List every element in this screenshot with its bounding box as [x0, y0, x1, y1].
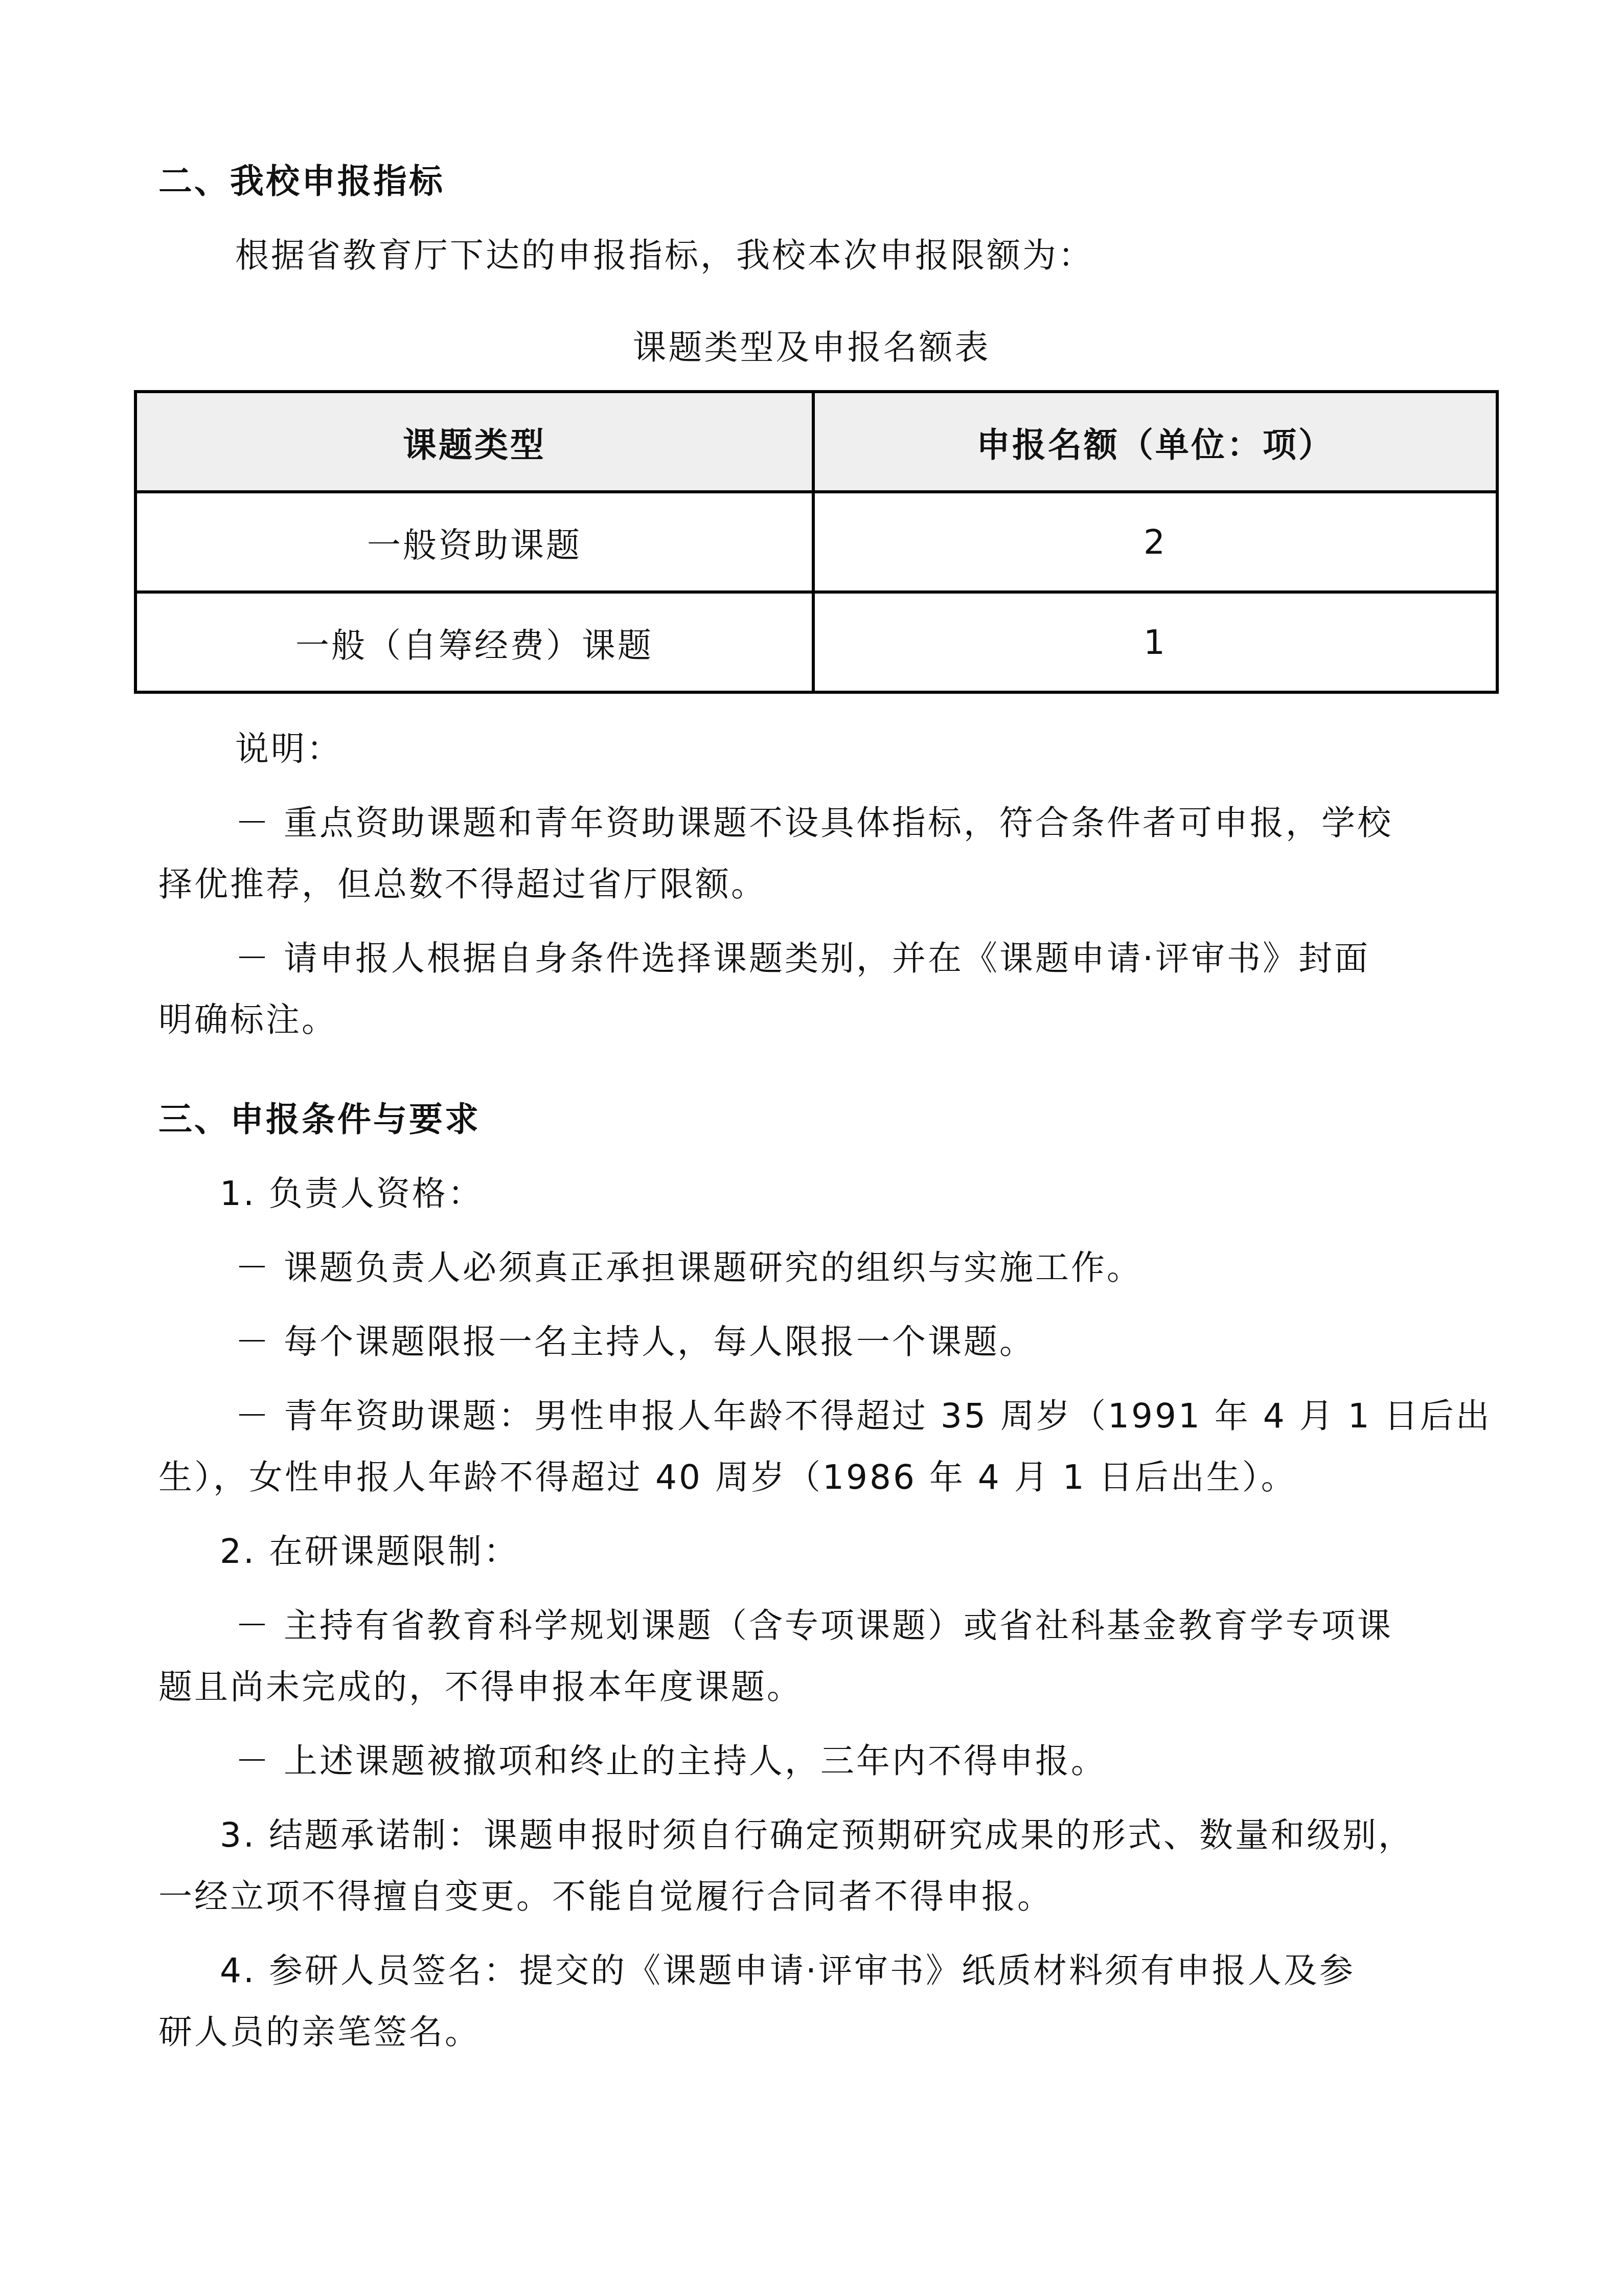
header-topic-type: 课题类型: [135, 392, 813, 492]
table-header-row: 课题类型 申报名额（单位：项）: [135, 392, 1497, 492]
item4-line-1: 4. 参研人员签名：提交的《课题申请·评审书》纸质材料须有申报人及参: [220, 1950, 1355, 1991]
section3-heading: 三、申报条件与要求: [158, 1099, 481, 1140]
item1-bullet-3-line-2: 生），女性申报人年龄不得超过 40 周岁（1986 年 4 月 1 日后出生）。: [158, 1457, 1297, 1498]
document-page: 二、我校申报指标 根据省教育厅下达的申报指标，我校本次申报限额为： 课题类型及申…: [0, 0, 1623, 2296]
item2-bullet-1-line-1: － 主持有省教育科学规划课题（含专项课题）或省社科基金教育学专项课: [235, 1605, 1393, 1646]
section2-intro: 根据省教育厅下达的申报指标，我校本次申报限额为：: [235, 235, 1094, 276]
item1-bullet-2: － 每个课题限报一名主持人，每人限报一个课题。: [235, 1322, 1035, 1362]
note-2-line-1: － 请申报人根据自身条件选择课题类别，并在《课题申请·评审书》封面: [235, 938, 1370, 979]
note-1-line-1: － 重点资助课题和青年资助课题不设具体指标，符合条件者可申报，学校: [235, 803, 1393, 844]
note-1-line-2: 择优推荐，但总数不得超过省厅限额。: [158, 864, 767, 905]
cell-quota: 1: [813, 592, 1497, 692]
notes-label: 说明：: [235, 729, 342, 769]
item1-title: 1. 负责人资格：: [220, 1173, 484, 1214]
section2-heading: 二、我校申报指标: [158, 161, 445, 202]
cell-topic-type: 一般（自筹经费）课题: [135, 592, 813, 692]
table-row: 一般资助课题 2: [135, 492, 1497, 592]
table-row: 一般（自筹经费）课题 1: [135, 592, 1497, 692]
item1-bullet-3-line-1: － 青年资助课题：男性申报人年龄不得超过 35 周岁（1991 年 4 月 1 …: [235, 1396, 1492, 1437]
quota-table: 课题类型 申报名额（单位：项） 一般资助课题 2 一般（自筹经费）课题 1: [134, 390, 1499, 694]
item2-bullet-1-line-2: 题且尚未完成的，不得申报本年度课题。: [158, 1667, 803, 1708]
table-caption: 课题类型及申报名额表: [0, 327, 1623, 368]
item4-line-2: 研人员的亲笔签名。: [158, 2012, 481, 2053]
header-quota: 申报名额（单位：项）: [813, 392, 1497, 492]
item2-title: 2. 在研课题限制：: [220, 1531, 519, 1572]
item2-bullet-2: － 上述课题被撤项和终止的主持人，三年内不得申报。: [235, 1741, 1107, 1782]
note-2-line-2: 明确标注。: [158, 999, 337, 1040]
cell-quota: 2: [813, 492, 1497, 592]
item3-line-2: 一经立项不得擅自变更。不能自觉履行合同者不得申报。: [158, 1876, 1053, 1917]
item3-line-1: 3. 结题承诺制：课题申报时须自行确定预期研究成果的形式、数量和级别，: [220, 1815, 1414, 1856]
item1-bullet-1: － 课题负责人必须真正承担课题研究的组织与实施工作。: [235, 1247, 1142, 1288]
cell-topic-type: 一般资助课题: [135, 492, 813, 592]
